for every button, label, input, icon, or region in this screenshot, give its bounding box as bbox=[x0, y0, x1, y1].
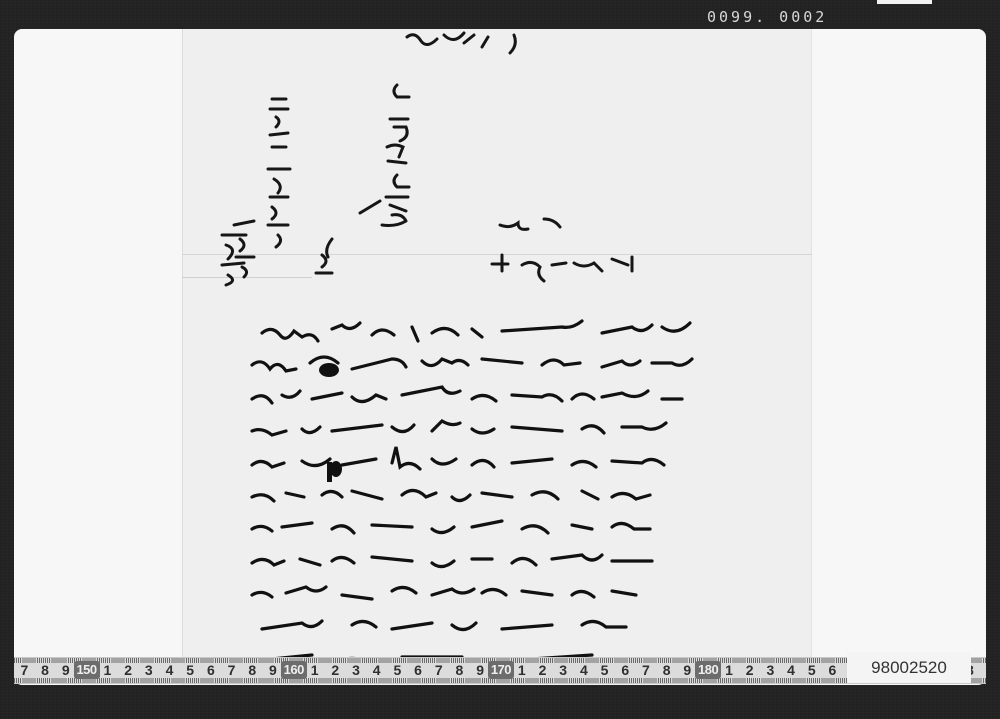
ruler-mark: 8 bbox=[35, 661, 56, 679]
ruler-mark: 6 bbox=[615, 661, 636, 679]
frame-counter: 0099. 0002 bbox=[707, 8, 827, 26]
ruler-mark: 3 bbox=[346, 661, 367, 679]
ruler-mark: 3 bbox=[138, 661, 159, 679]
ruler-mark: 8 bbox=[449, 661, 470, 679]
ruler-mark: 7 bbox=[428, 661, 449, 679]
ruler-mark: 7 bbox=[14, 661, 35, 679]
ruler-mark: 7 bbox=[636, 661, 657, 679]
ruler-mark: 7 bbox=[221, 661, 242, 679]
ruler-mark: 3 bbox=[760, 661, 781, 679]
ruler-mark: 5 bbox=[801, 661, 822, 679]
ruler-mark: 4 bbox=[781, 661, 802, 679]
ruler-mark: 5 bbox=[180, 661, 201, 679]
ruler-mark: 4 bbox=[159, 661, 180, 679]
ruler-major-mark: 150 bbox=[74, 661, 100, 679]
measuring-ruler: 7 8 9 150 1 2 3 4 5 6 7 8 9 160 1 2 3 4 … bbox=[14, 657, 986, 684]
lightbox bbox=[14, 29, 986, 685]
ruler-mark: 2 bbox=[532, 661, 553, 679]
ruler-mark: 2 bbox=[325, 661, 346, 679]
manuscript-page bbox=[182, 29, 812, 685]
ruler-major-mark: 170 bbox=[488, 661, 514, 679]
ruler-mark: 4 bbox=[366, 661, 387, 679]
ruler-mark: 6 bbox=[822, 661, 843, 679]
ruler-mark: 2 bbox=[739, 661, 760, 679]
ruler-mark: 1 bbox=[97, 661, 118, 679]
ruler-mark: 2 bbox=[118, 661, 139, 679]
ruler-mark: 8 bbox=[242, 661, 263, 679]
ruler-numbers: 7 8 9 150 1 2 3 4 5 6 7 8 9 160 1 2 3 4 … bbox=[14, 661, 863, 679]
ruler-mark: 5 bbox=[387, 661, 408, 679]
ruler-mark: 5 bbox=[594, 661, 615, 679]
archive-id-label: 98002520 bbox=[847, 652, 971, 683]
ruler-mark: 9 bbox=[55, 661, 76, 679]
ruler-mark: 1 bbox=[304, 661, 325, 679]
ruler-mark: 4 bbox=[574, 661, 595, 679]
ruler-mark: 6 bbox=[408, 661, 429, 679]
ruler-mark: 3 bbox=[553, 661, 574, 679]
ruler-mark: 8 bbox=[656, 661, 677, 679]
ruler-mark: 1 bbox=[719, 661, 740, 679]
ruler-major-mark: 160 bbox=[281, 661, 307, 679]
ruler-mark: 1 bbox=[511, 661, 532, 679]
ruler-mark: 6 bbox=[201, 661, 222, 679]
body-handwriting bbox=[182, 319, 812, 679]
lower-section bbox=[182, 29, 812, 685]
film-tab bbox=[877, 0, 932, 4]
ruler-major-mark: 180 bbox=[695, 661, 721, 679]
